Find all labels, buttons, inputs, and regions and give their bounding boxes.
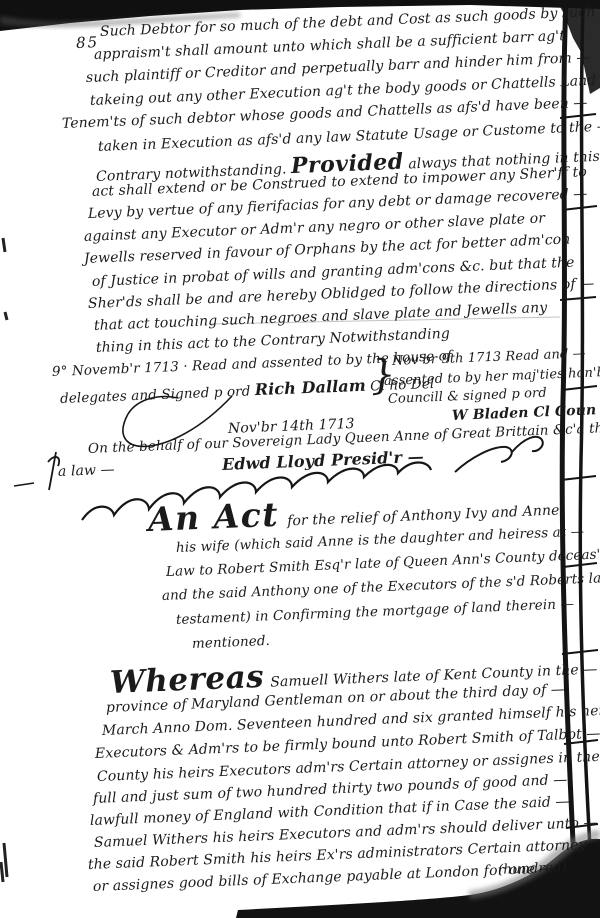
left-edge-marks: [1, 238, 7, 882]
delegates-assent-text: delegates and Signed p ord: [60, 383, 255, 407]
binding-stitches: [560, 114, 598, 828]
flourish-dash: [14, 483, 34, 486]
a-law-text: a law —: [58, 462, 115, 480]
lloyd-signature: Edwd Lloyd Presid'r —: [222, 447, 424, 474]
manuscript-page: 85 Such Debtor for so much of the debt a…: [0, 0, 600, 918]
act-heading-word: An Act: [147, 494, 287, 539]
flourish-right-squiggle: [455, 437, 543, 472]
act-title-line: mentioned.: [192, 633, 271, 652]
dallam-signature: Rich Dallam: [254, 376, 366, 399]
catchword: (hundred): [498, 859, 568, 878]
council-assent-line2: assented to by her maj'ties hon'ble: [384, 365, 600, 389]
